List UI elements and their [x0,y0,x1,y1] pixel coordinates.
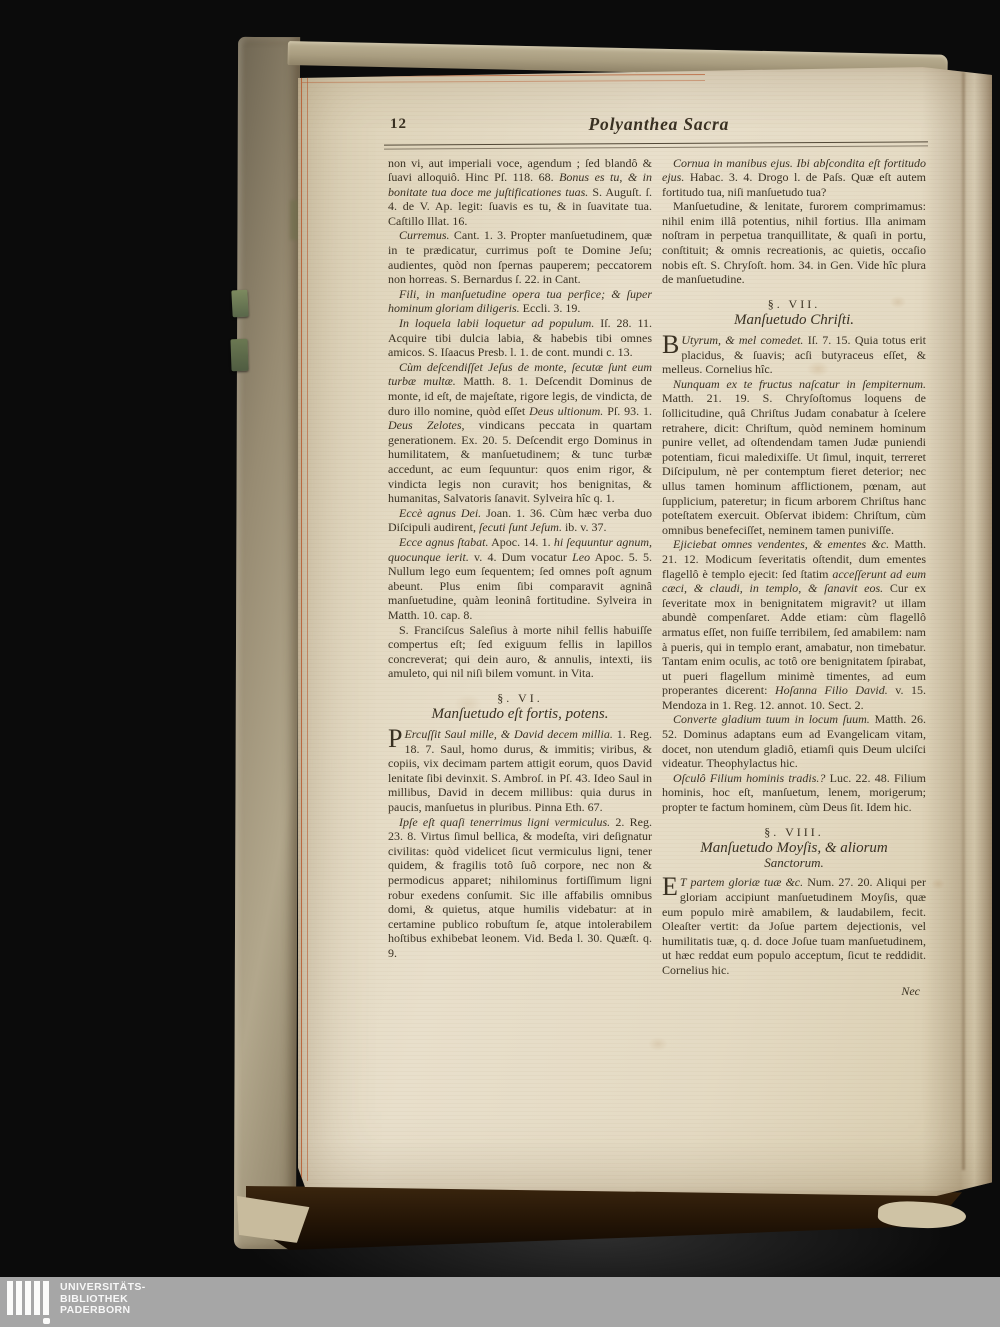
library-name-line: UNIVERSITÄTS- [60,1282,146,1294]
section-title: Manſuetudo Moyſis, & aliorum [662,841,926,856]
body-text: ib. v. 37. [562,520,607,534]
section-number: §. VIII. [662,825,926,840]
lemma-italic-text: Hoſanna Filio David. [775,683,888,697]
section-heading: §. VIII.Manſuetudo Moyſis, & aliorumSanc… [662,825,926,871]
book-page: 12 Polyanthea Sacra non vi, aut imperial… [298,64,992,1196]
paragraph: Manſuetudine, & lenitate, furorem compri… [662,199,926,287]
section-title: Manſuetudo Chriſti. [662,313,926,328]
body-text: Manſuetudine, & lenitate, furorem compri… [662,199,926,286]
drop-cap: P [388,727,404,749]
lemma-italic-text: ſecuti ſunt Jeſum. [479,520,562,534]
paragraph: Curremus. Cant. 1. 3. Propter manſuetudi… [388,228,652,286]
logo-dot [43,1318,50,1324]
lemma-italic-text: Leo [572,550,590,564]
paragraph: ET partem gloriæ tuæ &c. Num. 27. 20. Al… [662,875,926,977]
section-heading: §. VI.Manſuetudo eſt fortis, potens. [388,691,652,722]
body-text: v. 4. Dum vocatur [469,550,572,564]
ub-paderborn-logo: UNIVERSITÄTS- BIBLIOTHEK PADERBORN [4,1281,146,1323]
body-text: Habac. 3. 4. Drogo l. de Paſs. Quæ eſt a… [662,170,926,199]
body-text: 2. Reg. 23. 8. Virtus ſimul bellica, & m… [388,815,652,960]
paragraph: Eccè agnus Dei. Joan. 1. 36. Cùm hæc ver… [388,506,652,535]
lemma-italic-text: T partem gloriæ tuæ &c. [680,875,803,889]
catchword: Nec [662,984,926,999]
paragraph: BUtyrum, & mel comedet. Iſ. 7. 15. Quia … [662,333,926,377]
paragraph: S. Franciſcus Saleſius à morte nihil fel… [388,623,652,681]
body-text: Num. 27. 20. Aliqui per gloriam accipiun… [662,875,926,977]
lemma-italic-text: In loquela labii loquetur ad populum. [399,316,594,330]
logo-bars-icon [4,1281,52,1323]
paragraph: Ipſe eſt quaſi tenerrimus ligni vermicul… [388,815,652,961]
body-text: Pſ. 93. 1. [603,404,652,418]
bookmark-tab [231,290,248,318]
lemma-italic-text: Ejiciebat omnes vendentes, & ementes &c. [673,537,889,551]
bookmark-tab [230,339,248,372]
section-title: Manſuetudo eſt fortis, potens. [388,707,652,722]
paragraph: non vi, aut imperiali voce, agendum ; ſe… [388,156,652,229]
drop-cap: E [662,875,680,897]
library-name-line: PADERBORN [60,1305,146,1317]
left-column: non vi, aut imperiali voce, agendum ; ſe… [388,156,652,999]
page-number: 12 [390,116,407,133]
lemma-italic-text: Converte gladium tuum in locum ſuum. [673,712,870,726]
text-columns: non vi, aut imperiali voce, agendum ; ſe… [298,148,992,999]
library-footer-bar: UNIVERSITÄTS- BIBLIOTHEK PADERBORN [0,1277,1000,1327]
section-heading: §. VII.Manſuetudo Chriſti. [662,297,926,328]
body-text: S. Franciſcus Saleſius à morte nihil fel… [388,623,652,681]
lemma-italic-text: Ipſe eſt quaſi tenerrimus ligni vermicul… [399,815,610,829]
body-text: Apoc. 14. 1. [488,535,553,549]
page-content: 12 Polyanthea Sacra non vi, aut imperial… [298,64,992,1196]
lemma-italic-text: Ecce agnus ſtabat. [399,535,488,549]
lemma-italic-text: Oſculô Filium hominis tradis.? [673,771,825,785]
drop-cap: B [662,333,681,355]
paragraph: Cùm deſcendiſſet Jeſus de monte, ſecutæ … [388,360,652,506]
body-text: Matth. 21. 19. S. Chryſoſtomus loquens d… [662,391,926,536]
section-number: §. VII. [662,297,926,312]
paragraph: Converte gladium tuum in locum ſuum. Mat… [662,712,926,770]
running-title: Polyanthea Sacra [589,114,730,135]
lemma-italic-text: Ercuſſit Saul mille, & David decem milli… [404,727,612,741]
paragraph: PErcuſſit Saul mille, & David decem mill… [388,727,652,815]
paragraph: Fili, in manſuetudine opera tua perfice;… [388,287,652,316]
lemma-italic-text: Deus ultionum. [529,404,603,418]
lemma-italic-text: Deus Zelotes, [388,418,465,432]
lemma-italic-text: Eccè agnus Dei. [399,506,481,520]
lemma-italic-text: Nunquam ex te fructus naſcatur in ſempit… [673,377,926,391]
paragraph: Ecce agnus ſtabat. Apoc. 14. 1. hi ſequu… [388,535,652,623]
edge-smudge [290,200,299,240]
paragraph: Ejiciebat omnes vendentes, & ementes &c.… [662,537,926,712]
paragraph: In loquela labii loquetur ad populum. Iſ… [388,316,652,360]
lemma-italic-text: Curremus. [399,228,450,242]
section-title-line2: Sanctorum. [662,856,926,871]
running-header: 12 Polyanthea Sacra [298,114,992,140]
body-text: Cur ex ſeveritate mox in benignitatem mi… [662,581,926,697]
right-column: Cornua in manibus ejus. Ibi abſcondita e… [662,156,926,999]
body-text: Eccli. 3. 19. [520,301,581,315]
scan-viewport: 12 Polyanthea Sacra non vi, aut imperial… [0,0,1000,1327]
section-number: §. VI. [388,691,652,706]
library-name: UNIVERSITÄTS- BIBLIOTHEK PADERBORN [60,1282,146,1323]
paragraph: Oſculô Filium hominis tradis.? Luc. 22. … [662,771,926,815]
paragraph: Nunquam ex te fructus naſcatur in ſempit… [662,377,926,538]
paragraph: Cornua in manibus ejus. Ibi abſcondita e… [662,156,926,200]
lemma-italic-text: Utyrum, & mel comedet. [681,333,803,347]
